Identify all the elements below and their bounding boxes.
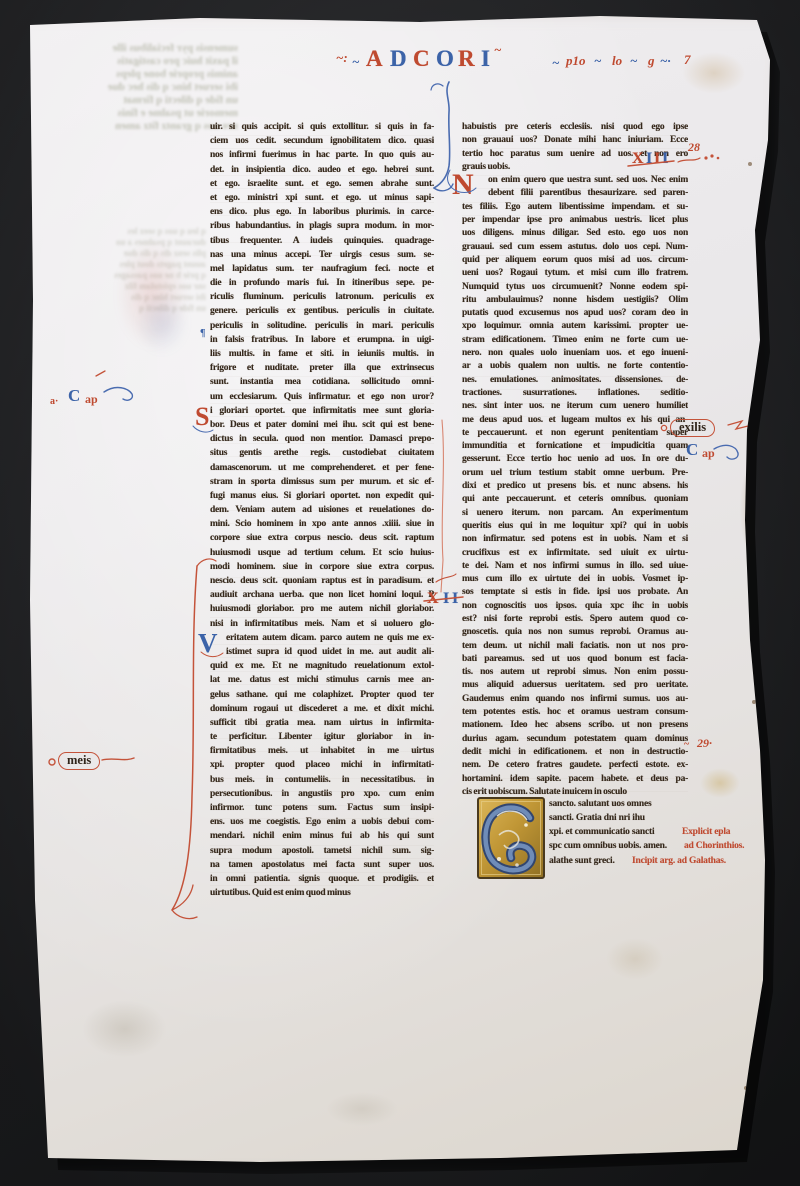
penwork-flourish: ~: — [336, 50, 348, 66]
text-fragment: sancto. salutant uos omnes — [549, 799, 651, 809]
penwork-flourish: lo — [612, 53, 622, 69]
margin-note-cap: C — [68, 386, 80, 406]
overlay-layer: ~:~ADCORI~~p1o~lo~g~·728XIIIN¶a·CapSexil… — [0, 0, 800, 1186]
margin-note-exilis: exilis — [670, 419, 715, 437]
penwork-flourish: ~· — [660, 53, 671, 69]
speck — [752, 700, 756, 704]
text-fragment: xpi. et communicatio sancti — [549, 827, 654, 837]
speck — [748, 162, 752, 166]
chapter-numeral-XIII: X — [632, 150, 644, 168]
margin-number: 29· — [697, 736, 712, 751]
margin-note-cap: ap — [85, 392, 98, 407]
photograph-of-manuscript-leaf: { "document": { "type": "medieval manusc… — [0, 0, 800, 1186]
chapter-numeral-XIII: I — [654, 150, 660, 168]
running-title-letter: A — [366, 46, 384, 72]
chapter-numeral-XIII: I — [662, 150, 668, 168]
running-title-letter: O — [436, 46, 455, 72]
stain — [326, 1092, 398, 1126]
chapter-numeral-XII: I — [452, 590, 458, 608]
margin-note-cap: ap — [702, 446, 715, 461]
text-fragment: spc cum omnibus uobis. amen. — [549, 841, 667, 851]
initial-S: S — [195, 402, 209, 432]
illuminated-initial-G — [477, 797, 545, 879]
margin-note: a· — [50, 396, 58, 407]
chapter-numeral-XII: I — [443, 590, 449, 608]
chapter-numeral-XIII: I — [646, 150, 652, 168]
penwork-flourish: ~ — [352, 54, 359, 70]
stain — [682, 52, 746, 94]
penwork-flourish: ~ — [630, 53, 637, 69]
penwork-flourish: ~ — [552, 55, 559, 71]
running-title-letter: C — [413, 46, 431, 72]
explicit-rubric: ad Chorinthios. — [684, 841, 744, 851]
running-title-letter: I — [481, 46, 491, 72]
stain — [606, 938, 664, 980]
running-title-letter: R — [458, 46, 476, 72]
leaf-content: sumensis pyr fecialibus illeil paxit hui… — [0, 0, 800, 1186]
penwork-flourish: p1o — [566, 53, 586, 69]
text-fragment: alathe sunt greci. — [549, 856, 615, 866]
initial-N: N — [452, 168, 474, 202]
penwork-flourish: g — [648, 53, 655, 69]
penwork-flourish: ~ — [494, 42, 501, 58]
initial-V: V — [198, 628, 218, 659]
running-title-letter: D — [390, 46, 408, 72]
paraph-mark: ¶ — [200, 328, 205, 339]
explicit-rubric: Explicit epla — [682, 827, 730, 837]
manuscript-leaf: sumensis pyr fecialibus illeil paxit hui… — [28, 14, 772, 1164]
chapter-numeral-XII: X — [427, 590, 439, 608]
stain — [700, 768, 740, 798]
margin-number: 28 — [688, 140, 700, 155]
penwork-flourish: ~ — [684, 739, 689, 750]
margin-note-meis: meis — [58, 752, 100, 770]
stain — [82, 1000, 167, 1058]
penwork-flourish: ~ — [594, 53, 601, 69]
text-fragment: sancti. Gratia dni nri ihu — [549, 813, 645, 823]
incipit-rubric: Incipit arg. ad Galathas. — [632, 856, 726, 866]
margin-note-cap: C — [686, 440, 698, 460]
